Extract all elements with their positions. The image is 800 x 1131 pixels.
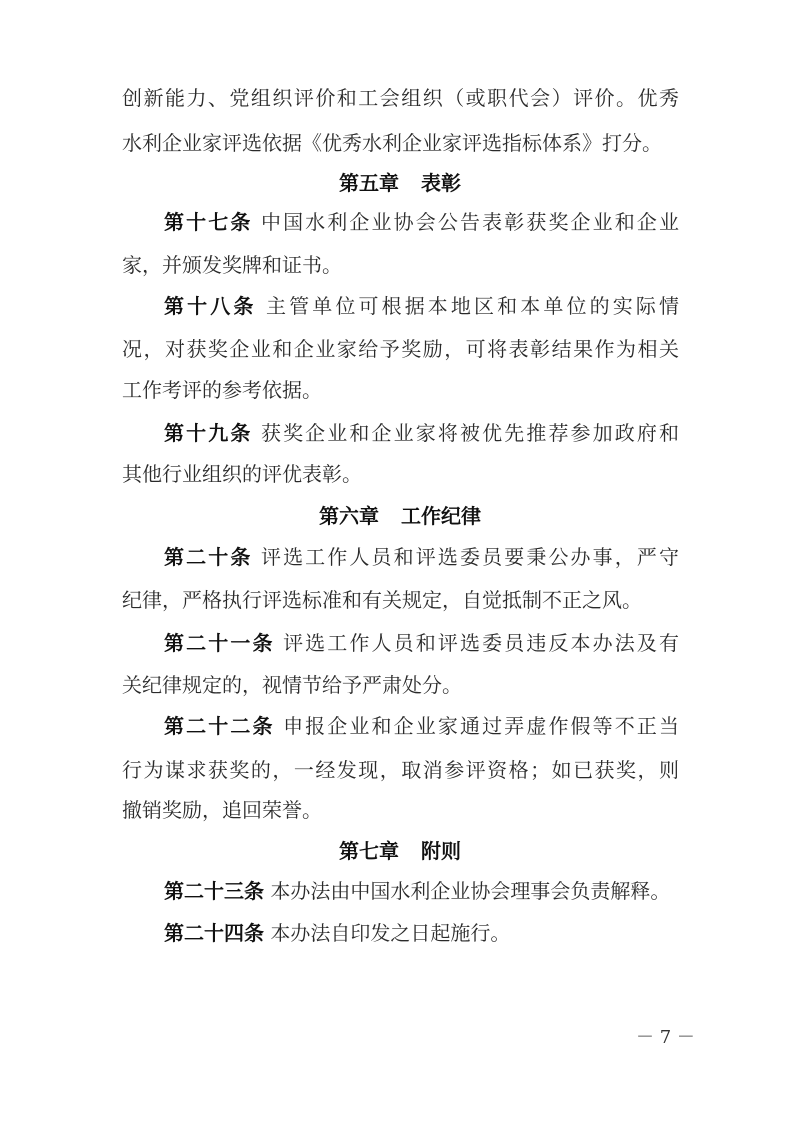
text-line: 撤销奖励，追回荣誉。 bbox=[122, 798, 679, 822]
article-label: 第二十三条 bbox=[164, 879, 264, 903]
document-page: 创新能力、党组织评价和工会组织（或职代会）评价。优秀 水利企业家评选依据《优秀水… bbox=[0, 0, 800, 1131]
article-18: 第十八条 主管单位可根据本地区和本单位的实际情 bbox=[164, 294, 679, 318]
text-line: 创新能力、党组织评价和工会组织（或职代会）评价。优秀 bbox=[122, 86, 679, 110]
article-label: 第十八条 bbox=[164, 294, 256, 318]
chapter-number: 第七章 bbox=[339, 839, 399, 863]
article-text: 申报企业和企业家通过弄虚作假等不正当 bbox=[283, 714, 679, 738]
chapter-heading-6: 第六章工作纪律 bbox=[0, 504, 800, 528]
article-23: 第二十三条 本办法由中国水利企业协会理事会负责解释。 bbox=[164, 879, 679, 903]
text-line: 纪律，严格执行评选标准和有关规定，自觉抵制不正之风。 bbox=[122, 588, 679, 612]
article-21: 第二十一条 评选工作人员和评选委员违反本办法及有 bbox=[164, 631, 679, 655]
text-line: 行为谋求获奖的，一经发现，取消参评资格；如已获奖，则 bbox=[122, 758, 679, 782]
article-label: 第十七条 bbox=[164, 210, 252, 234]
article-20: 第二十条 评选工作人员和评选委员要秉公办事，严守 bbox=[164, 545, 679, 569]
article-text: 评选工作人员和评选委员要秉公办事，严守 bbox=[261, 545, 679, 569]
article-24: 第二十四条 本办法自印发之日起施行。 bbox=[164, 921, 679, 945]
chapter-number: 第六章 bbox=[319, 504, 379, 528]
text-line: 况，对获奖企业和企业家给予奖励，可将表彰结果作为相关 bbox=[122, 337, 679, 361]
page-number: － 7 － bbox=[636, 1026, 695, 1050]
article-text: 中国水利企业协会公告表彰获奖企业和企业 bbox=[261, 210, 679, 234]
article-label: 第十九条 bbox=[164, 421, 252, 445]
chapter-heading-7: 第七章附则 bbox=[0, 839, 800, 863]
chapter-title: 工作纪律 bbox=[401, 504, 481, 528]
article-text: 主管单位可根据本地区和本单位的实际情 bbox=[266, 294, 679, 318]
article-17: 第十七条 中国水利企业协会公告表彰获奖企业和企业 bbox=[164, 210, 679, 234]
article-19: 第十九条 获奖企业和企业家将被优先推荐参加政府和 bbox=[164, 421, 679, 445]
chapter-number: 第五章 bbox=[339, 171, 399, 195]
text-line: 关纪律规定的，视情节给予严肃处分。 bbox=[122, 673, 679, 697]
article-text: 评选工作人员和评选委员违反本办法及有 bbox=[283, 631, 679, 655]
article-text: 获奖企业和企业家将被优先推荐参加政府和 bbox=[261, 421, 679, 445]
article-text: 本办法由中国水利企业协会理事会负责解释。 bbox=[270, 879, 670, 903]
article-22: 第二十二条 申报企业和企业家通过弄虚作假等不正当 bbox=[164, 714, 679, 738]
article-label: 第二十二条 bbox=[164, 714, 275, 738]
article-label: 第二十四条 bbox=[164, 921, 264, 945]
chapter-title: 表彰 bbox=[421, 171, 461, 195]
article-label: 第二十一条 bbox=[164, 631, 275, 655]
text-line: 其他行业组织的评优表彰。 bbox=[122, 462, 679, 486]
chapter-heading-5: 第五章表彰 bbox=[0, 171, 800, 195]
text-line: 水利企业家评选依据《优秀水利企业家评选指标体系》打分。 bbox=[122, 131, 679, 155]
article-text: 本办法自印发之日起施行。 bbox=[270, 921, 510, 945]
text-line: 工作考评的参考依据。 bbox=[122, 378, 679, 402]
article-label: 第二十条 bbox=[164, 545, 252, 569]
chapter-title: 附则 bbox=[421, 839, 461, 863]
text-line: 家，并颁发奖牌和证书。 bbox=[122, 253, 679, 277]
